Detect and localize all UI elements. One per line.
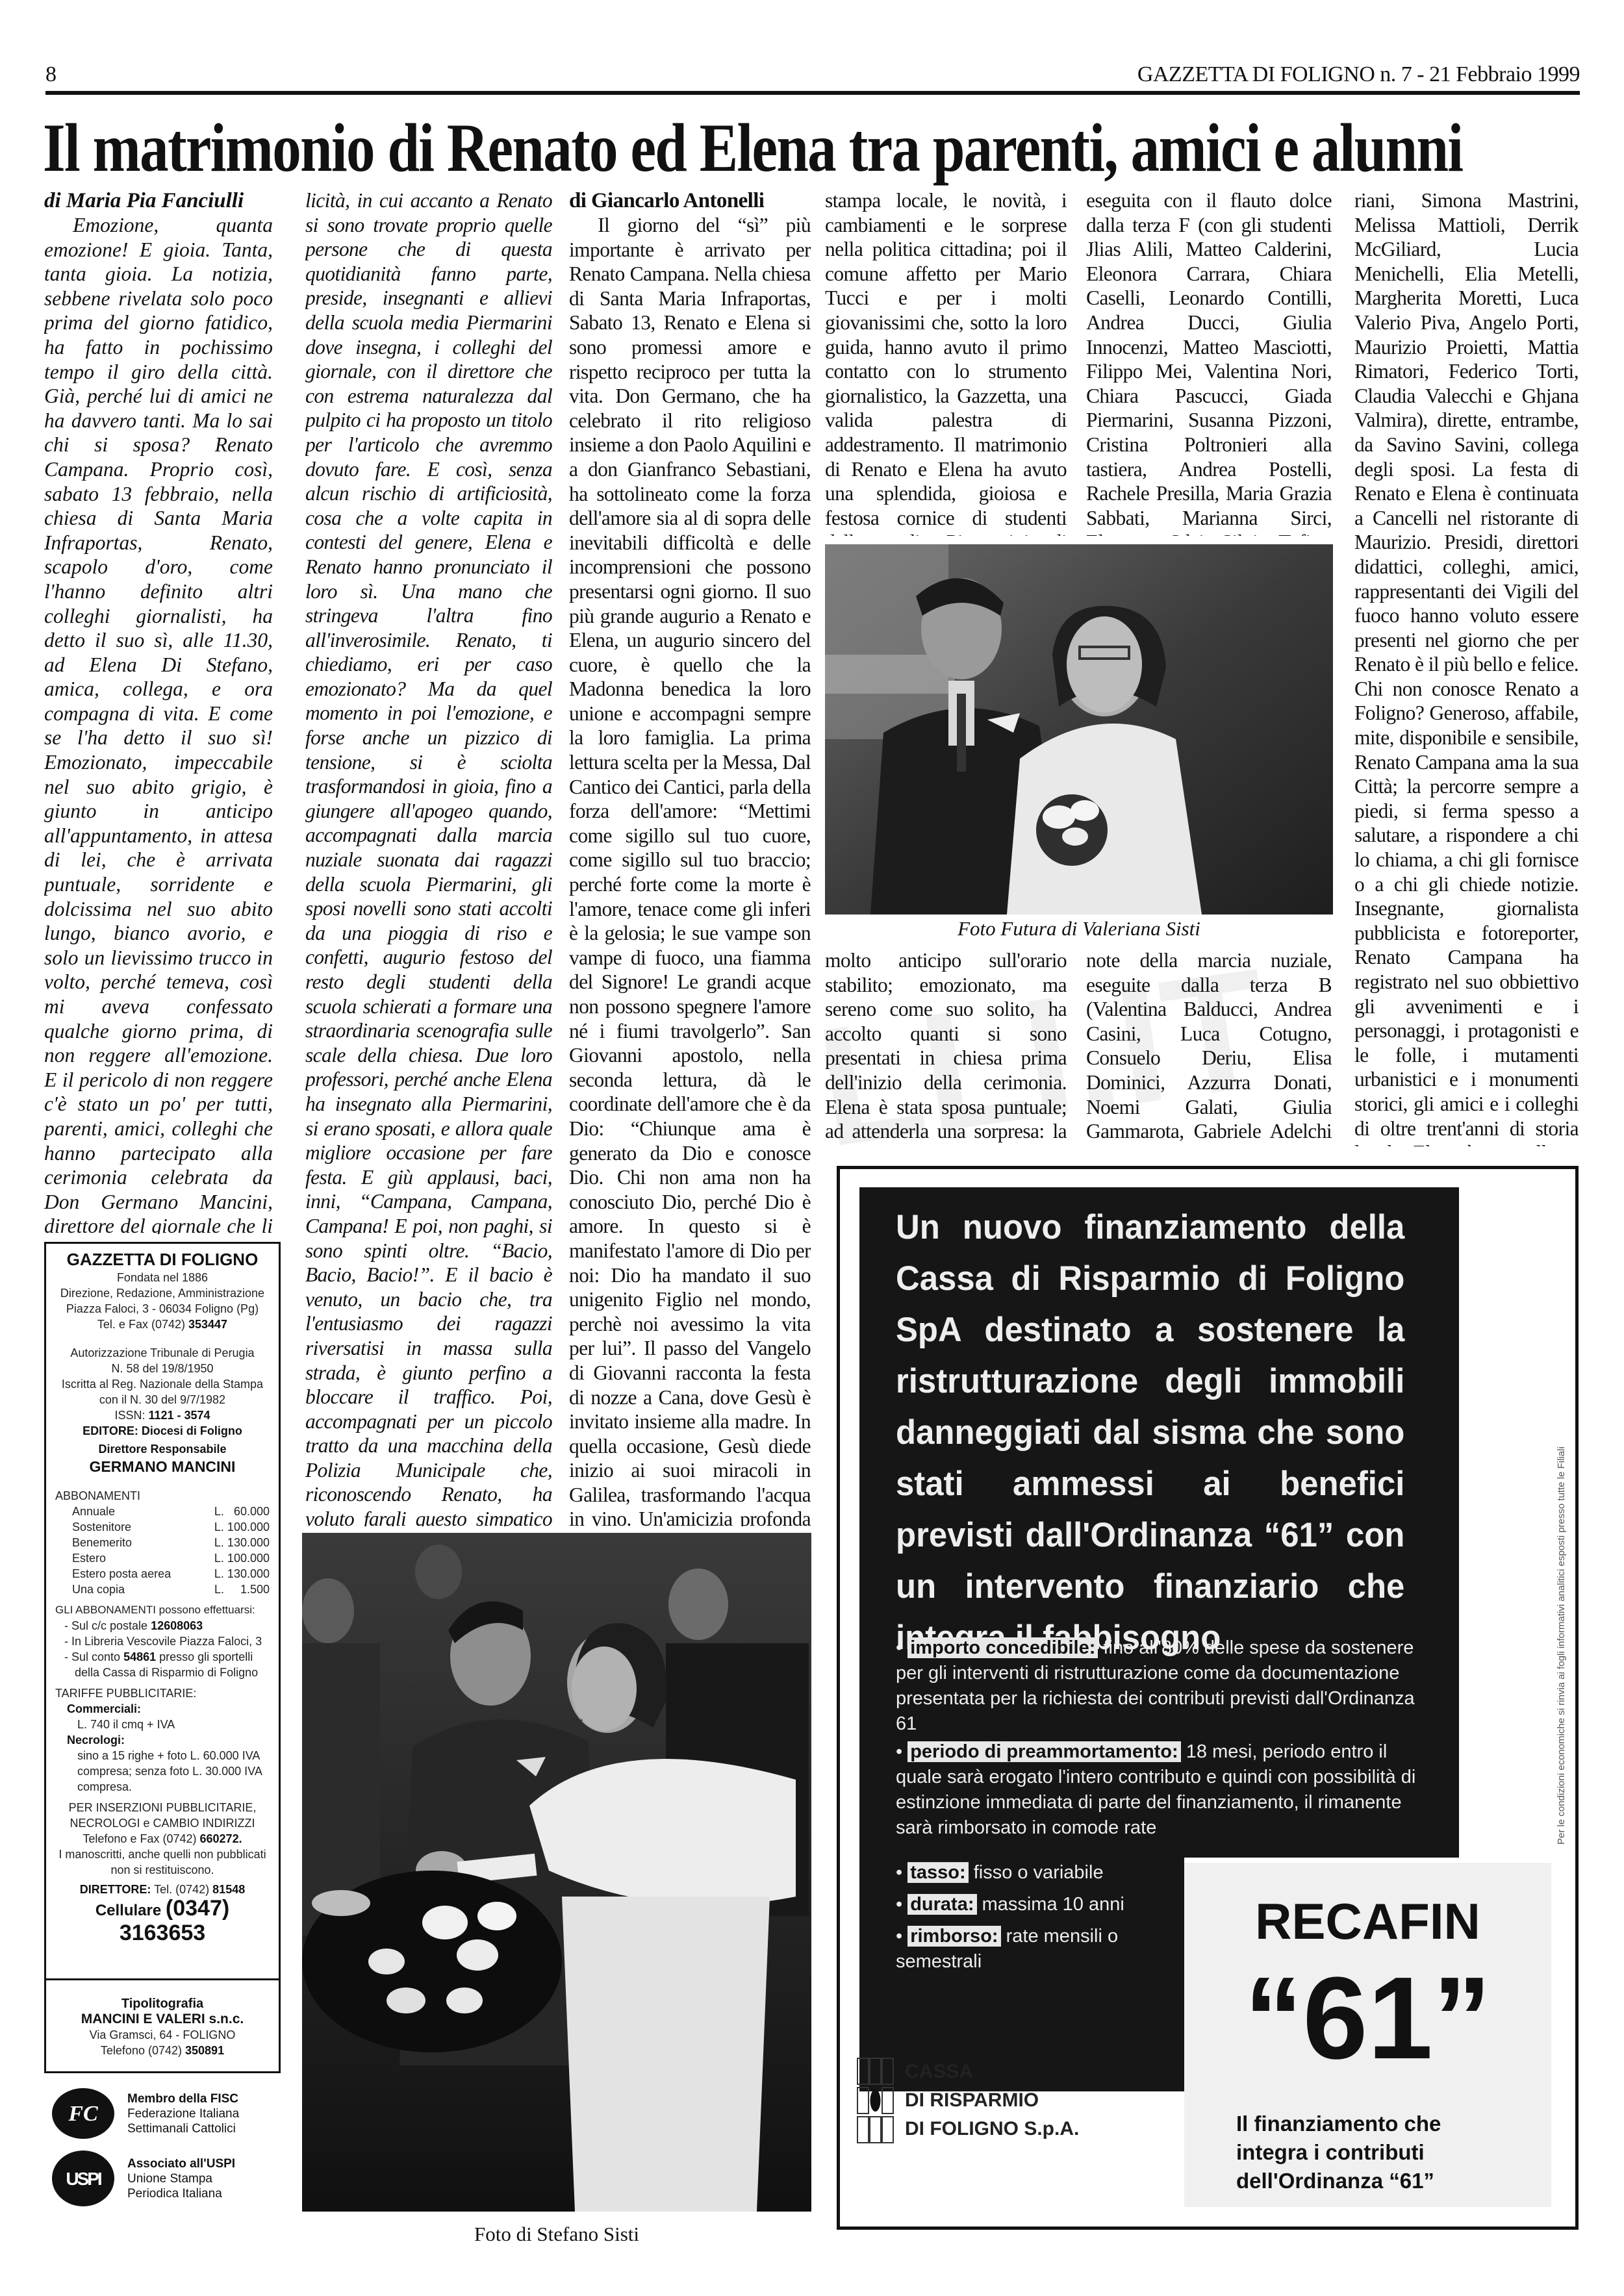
ad-product-box: RECAFIN “61” Il finanziamento che integr… [1184,1863,1551,2207]
necrologi-label: Necrologi: [55,1732,270,1748]
address: Piazza Faloci, 3 - 06034 Foligno (Pg) [55,1301,270,1317]
ad-bullet-label: tasso: [907,1862,968,1883]
printer-tel-number: 350891 [185,2044,224,2057]
telephone: Tel. e Fax (0742) 353447 [55,1317,270,1332]
tariffe-title: TARIFFE PUBBLICITARIE: [55,1685,270,1701]
article2-text-col5-bottom: note della marcia nuziale, eseguite dall… [1086,948,1332,1146]
article2-text-col3: Il giorno del “sì” più importante è arri… [569,213,811,1526]
bank-logo: CASSA DI RISPARMIO DI FOLIGNO S.p.A. [857,2058,1079,2143]
price-label: Una copia [72,1582,125,1597]
ad-bullet-text: massima 10 anni [982,1894,1124,1915]
article2-col4-top: stampa locale, le novità, i cambiamenti … [825,188,1067,536]
price-value: L. 100.000 [214,1519,270,1535]
price-row: AnnualeL. 60.000 [55,1504,270,1519]
ad-product-name: RECAFIN [1184,1895,1551,1947]
bank-name: CASSA DI RISPARMIO DI FOLIGNO S.p.A. [905,2058,1079,2143]
direttore-label: Direttore Responsabile [55,1441,270,1457]
abbonamenti-title: ABBONAMENTI [55,1488,270,1504]
byline-fanciulli: di Maria Pia Fanciulli [44,188,273,213]
issn-label: ISSN: [114,1409,145,1422]
auth-line-3: Iscritta al Reg. Nazionale della Stampa [55,1376,270,1392]
payment-3: - Sul conto 54861 presso gli sportelli [55,1649,270,1665]
article1-col2: licità, in cui accanto a Renato si sono … [305,188,552,1526]
founded: Fondata nel 1886 [55,1270,270,1285]
uspi-title: Associato all'USPI [127,2156,235,2171]
ad-bullet-label: durata: [907,1894,976,1915]
article1-text-col1: Emozione, quanta emozione! E gioia. Tant… [44,213,273,1234]
printer-tel-label: Telefono (0742) [101,2044,182,2057]
cellulare-label: Cellulare [95,1902,161,1919]
inserzioni-2: NECROLOGI e CAMBIO INDIRIZZI [55,1815,270,1831]
ad-headline: Un nuovo finanziamento della Cassa di Ri… [896,1202,1404,1663]
price-row: SostenitoreL. 100.000 [55,1519,270,1535]
masthead-box: GAZZETTA DI FOLIGNO Fondata nel 1886 Dir… [44,1242,281,2073]
uspi-text: Associato all'USPI Unione Stampa Periodi… [127,2156,235,2201]
price-value: L. 100.000 [214,1550,270,1566]
ad-product-tagline: Il finanziamento che integra i contribut… [1236,2110,1483,2195]
ad-bullet: • rimborso: rate mensili o semestrali [896,1924,1182,1974]
inserzioni-tel-label: Telefono e Fax (0742) [82,1832,196,1845]
fisc-line1: Federazione Italiana [127,2106,239,2121]
ad-bullet: • durata: massima 10 anni [896,1892,1182,1917]
fisc-title: Membro della FISC [127,2091,239,2106]
ad-bullet-label: importo concedibile: [907,1637,1098,1658]
article2-col5-bottom: note della marcia nuziale, eseguite dall… [1086,948,1332,1146]
bank-line-3: DI FOLIGNO S.p.A. [905,2115,1079,2143]
payment-1: - Sul c/c postale 12608063 [55,1618,270,1634]
commerciali-value: L. 740 il cmq + IVA [55,1717,270,1732]
byline-antonelli: di Giancarlo Antonelli [569,188,811,213]
direttore-tel-text: Tel. (0742) [154,1883,209,1896]
photo-couple-church [825,544,1333,915]
price-value: L. 130.000 [214,1535,270,1550]
cellulare: Cellulare (0347) 3163653 [55,1897,270,1947]
ad-bullet: • tasso: fisso o variabile [896,1860,1182,1886]
editore: EDITORE: Diocesi di Foligno [55,1423,270,1439]
ad-bullets: • importo concedibile: fino all'80% dell… [896,1635,1428,1843]
membership-uspi: USPI Associato all'USPI Unione Stampa Pe… [52,2151,286,2206]
membership-fisc: FC Membro della FISC Federazione Italian… [52,2088,286,2139]
top-photo-caption: Foto Futura di Valeriana Sisti [825,917,1333,940]
tel-label: Tel. e Fax (0742) [97,1318,185,1331]
price-row: Estero posta aereaL. 130.000 [55,1566,270,1582]
direttore-tel-number: 81548 [212,1883,245,1896]
price-label: Estero posta aerea [72,1566,171,1582]
bank-grid-logo-icon [857,2058,894,2143]
photo-couple-hands [302,1533,811,2212]
article2-text-col4-bottom: molto anticipo sull'orario stabilito; em… [825,948,1067,1146]
payment-title: GLI ABBONAMENTI possono effettuarsi: [55,1602,270,1618]
running-head: GAZZETTA DI FOLIGNO n. 7 - 21 Febbraio 1… [1137,62,1580,87]
ad-bullet-label: rimborso: [907,1926,1000,1947]
ad-bullet-text: fisso o variabile [974,1862,1104,1883]
auth-line-1: Autorizzazione Tribunale di Perugia [55,1345,270,1361]
necrologi-value: sino a 15 righe + foto L. 60.000 IVA com… [55,1748,270,1795]
payment-3-number: 54861 [123,1650,156,1663]
bank-line-1: CASSA [905,2058,1079,2086]
article2-col4-bottom: molto anticipo sull'orario stabilito; em… [825,948,1067,1146]
article2-text-col4-top: stampa locale, le novità, i cambiamenti … [825,188,1067,536]
ad-bullets-short: • tasso: fisso o variabile • durata: mas… [896,1860,1182,1974]
masthead-section-publication: GAZZETTA DI FOLIGNO Fondata nel 1886 Dir… [46,1244,279,1482]
payment-1-number: 12608063 [151,1619,203,1632]
ad-disclaimer: Per le condizioni economiche si rinvia a… [1556,1228,1567,1845]
price-row: EsteroL. 100.000 [55,1550,270,1566]
masthead-title: GAZZETTA DI FOLIGNO [55,1249,270,1270]
article2-col3: di Giancarlo Antonelli Il giorno del “sì… [569,188,811,1526]
payment-3-line2: della Cassa di Risparmio di Foligno [55,1665,270,1680]
uspi-line2: Periodica Italiana [127,2186,235,2201]
masthead-section-printer: Tipolitografia MANCINI E VALERI s.n.c. V… [46,1978,279,2071]
price-row: Una copiaL. 1.500 [55,1582,270,1597]
auth-line-4: con il N. 30 del 9/7/1982 [55,1392,270,1407]
issn: ISSN: 1121 - 3574 [55,1407,270,1423]
auth-line-2: N. 58 del 19/8/1950 [55,1361,270,1376]
ad-bullet: • importo concedibile: fino all'80% dell… [896,1635,1428,1737]
price-value: L. 1.500 [214,1582,270,1597]
masthead-section-subscriptions: ABBONAMENTI AnnualeL. 60.000 Sostenitore… [46,1482,279,1952]
inserzioni-tel: Telefono e Fax (0742) 660272. [55,1831,270,1847]
price-value: L. 130.000 [214,1566,270,1582]
payment-2: - In Libreria Vescovile Piazza Faloci, 3 [55,1634,270,1649]
ad-dark-panel-lower: • tasso: fisso o variabile • durata: mas… [859,1858,1184,2091]
printer-name: MANCINI E VALERI s.n.c. [55,2012,270,2027]
direttore-tel-label: DIRETTORE: [80,1883,151,1896]
article1-col1: di Maria Pia Fanciulli Emozione, quanta … [44,188,273,1234]
photo-couple-church-image [825,544,1333,915]
price-label: Estero [72,1550,106,1566]
article2-text-col5-top: eseguita con il flauto dolce dalla terza… [1086,188,1332,536]
fisc-line2: Settimanali Cattolici [127,2121,239,2136]
article2-col5-top: eseguita con il flauto dolce dalla terza… [1086,188,1332,536]
header-rule [45,91,1580,95]
direttore-tel: DIRETTORE: Tel. (0742) 81548 [55,1882,270,1897]
price-label: Benemerito [72,1535,132,1550]
price-value: L. 60.000 [214,1504,270,1519]
price-label: Annuale [72,1504,115,1519]
commerciali-label: Commerciali: [55,1701,270,1717]
ad-bullet-label: periodo di preammortamento: [907,1741,1181,1762]
manoscritti: I manoscritti, anche quelli non pubblica… [55,1847,270,1878]
bank-line-2: DI RISPARMIO [905,2086,1079,2115]
ad-product-number: “61” [1184,1960,1551,2077]
inserzioni-1: PER INSERZIONI PUBBLICITARIE, [55,1800,270,1815]
fisc-logo-icon: FC [52,2088,114,2139]
direttore-name: GERMANO MANCINI [55,1457,270,1476]
issn-number: 1121 - 3574 [148,1409,210,1422]
uspi-line1: Unione Stampa [127,2171,235,2186]
ad-bullet: • periodo di preammortamento: 18 mesi, p… [896,1739,1428,1841]
photo-couple-hands-image [302,1533,811,2212]
fisc-text: Membro della FISC Federazione Italiana S… [127,2091,239,2136]
printer-title: Tipolitografia [55,1996,270,2012]
payment-3-rest: presso gli sportelli [159,1650,253,1663]
article1-text-col2: licità, in cui accanto a Renato si sono … [305,188,552,1526]
price-row: BenemeritoL. 130.000 [55,1535,270,1550]
payment-3-label: - Sul conto [64,1650,120,1663]
tel-number: 353447 [188,1318,227,1331]
article2-col6: riani, Simona Mastrini, Melissa Mattioli… [1354,188,1579,1146]
ad-disclaimer-wrap: Per le condizioni economiche si rinvia a… [1542,1228,1567,1845]
ad-recafin[interactable]: Un nuovo finanziamento della Cassa di Ri… [837,1166,1579,2230]
headline: Il matrimonio di Renato ed Elena tra par… [43,109,1336,187]
departments: Direzione, Redazione, Amministrazione [55,1285,270,1301]
page-number: 8 [45,62,57,87]
price-label: Sostenitore [72,1519,131,1535]
payment-1-label: - Sul c/c postale [64,1619,147,1632]
article2-text-col6: riani, Simona Mastrini, Melissa Mattioli… [1354,188,1579,1146]
bottom-photo-caption: Foto di Stefano Sisti [302,2223,811,2246]
inserzioni-tel-number: 660272. [200,1832,242,1845]
printer-address: Via Gramsci, 64 - FOLIGNO [55,2027,270,2043]
memberships: FC Membro della FISC Federazione Italian… [52,2088,286,2206]
uspi-logo-icon: USPI [52,2151,114,2206]
ad-dark-panel: Un nuovo finanziamento della Cassa di Ri… [859,1187,1459,1858]
printer-tel: Telefono (0742) 350891 [55,2043,270,2058]
